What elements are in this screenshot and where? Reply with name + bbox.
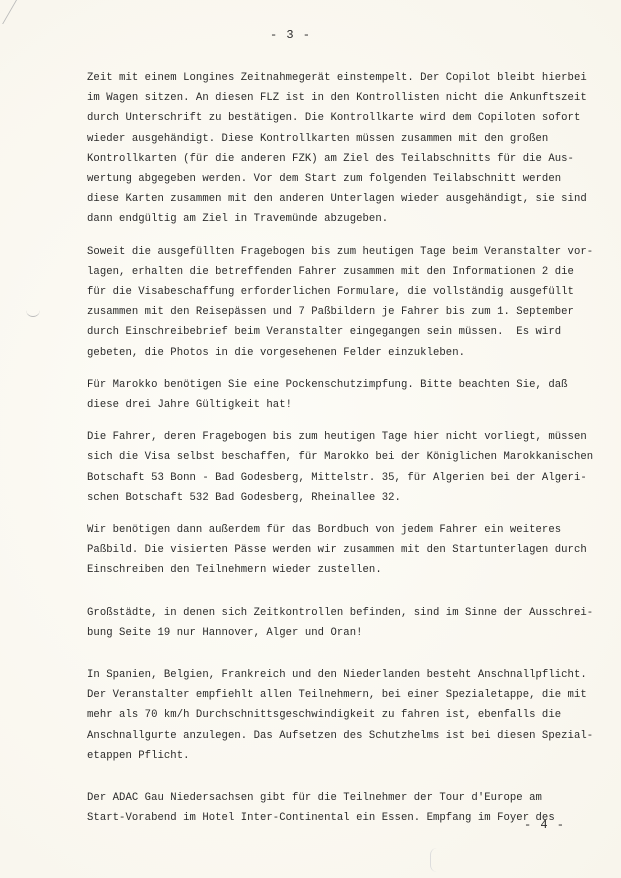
text-line: Der ADAC Gau Niedersachsen gibt für die … (87, 788, 607, 808)
text-line: Einschreiben den Teilnehmern wieder zust… (87, 560, 607, 580)
paragraph-visa-forms: Soweit die ausgefüllten Fragebogen bis z… (87, 242, 607, 363)
text-line: wieder ausgehändigt. Diese Kontrollkarte… (87, 129, 607, 149)
text-line: Kontrollkarten (für die anderen FZK) am … (87, 149, 607, 169)
text-line: Die Fahrer, deren Fragebogen bis zum heu… (87, 427, 607, 447)
text-line: für die Visabeschaffung erforderlichen F… (87, 282, 607, 302)
text-line: In Spanien, Belgien, Frankreich und den … (87, 665, 607, 685)
text-line: sich die Visa selbst beschaffen, für Mar… (87, 447, 607, 467)
text-line: Wir benötigen dann außerdem für das Bord… (87, 520, 607, 540)
paragraph-vaccination: Für Marokko benötigen Sie eine Pockensch… (87, 375, 607, 415)
text-line: wertung abgegeben werden. Vor dem Start … (87, 169, 607, 189)
punch-hole-mark (26, 306, 40, 317)
paragraph-passport-photo: Wir benötigen dann außerdem für das Bord… (87, 520, 607, 581)
text-line: diese drei Jahre Gültigkeit hat! (87, 395, 607, 415)
text-line: Soweit die ausgefüllten Fragebogen bis z… (87, 242, 607, 262)
text-line: Zeit mit einem Longines Zeitnahmegerät e… (87, 68, 607, 88)
text-line: etappen Pflicht. (87, 746, 607, 766)
paper-fold-mark (430, 848, 437, 872)
document-page: - 3 - Zeit mit einem Longines Zeitnahmeg… (0, 0, 621, 878)
text-line: Botschaft 53 Bonn - Bad Godesberg, Mitte… (87, 468, 607, 488)
text-line: durch Einschreibebrief beim Veranstalter… (87, 322, 607, 342)
page-number-top: - 3 - (270, 28, 311, 42)
paragraph-control-cards: Zeit mit einem Longines Zeitnahmegerät e… (87, 68, 607, 230)
text-line: schen Botschaft 532 Bad Godesberg, Rhein… (87, 488, 607, 508)
text-line: Paßbild. Die visierten Pässe werden wir … (87, 540, 607, 560)
paragraph-major-cities: Großstädte, in denen sich Zeitkontrollen… (87, 603, 607, 643)
text-line: zusammen mit den Reisepässen und 7 Paßbi… (87, 302, 607, 322)
text-line: gebeten, die Photos in die vorgesehenen … (87, 343, 607, 363)
text-line: Der Veranstalter empfiehlt allen Teilneh… (87, 685, 607, 705)
paragraph-seatbelt: In Spanien, Belgien, Frankreich und den … (87, 665, 607, 766)
text-line: durch Unterschrift zu bestätigen. Die Ko… (87, 108, 607, 128)
text-line: diese Karten zusammen mit den anderen Un… (87, 189, 607, 209)
text-line: mehr als 70 km/h Durchschnittsgeschwindi… (87, 705, 607, 725)
text-line: dann endgültig am Ziel in Travemünde abz… (87, 209, 607, 229)
text-line: Für Marokko benötigen Sie eine Pockensch… (87, 375, 607, 395)
text-line: lagen, erhalten die betreffenden Fahrer … (87, 262, 607, 282)
text-line: Anschnallgurte anzulegen. Das Aufsetzen … (87, 726, 607, 746)
text-line: im Wagen sitzen. An diesen FLZ ist in de… (87, 88, 607, 108)
document-body: Zeit mit einem Longines Zeitnahmegerät e… (87, 68, 607, 841)
text-line: bung Seite 19 nur Hannover, Alger und Or… (87, 623, 607, 643)
paragraph-embassies: Die Fahrer, deren Fragebogen bis zum heu… (87, 427, 607, 508)
text-line: Großstädte, in denen sich Zeitkontrollen… (87, 603, 607, 623)
page-number-bottom: - 4 - (524, 818, 565, 832)
paper-corner-mark (0, 0, 17, 24)
